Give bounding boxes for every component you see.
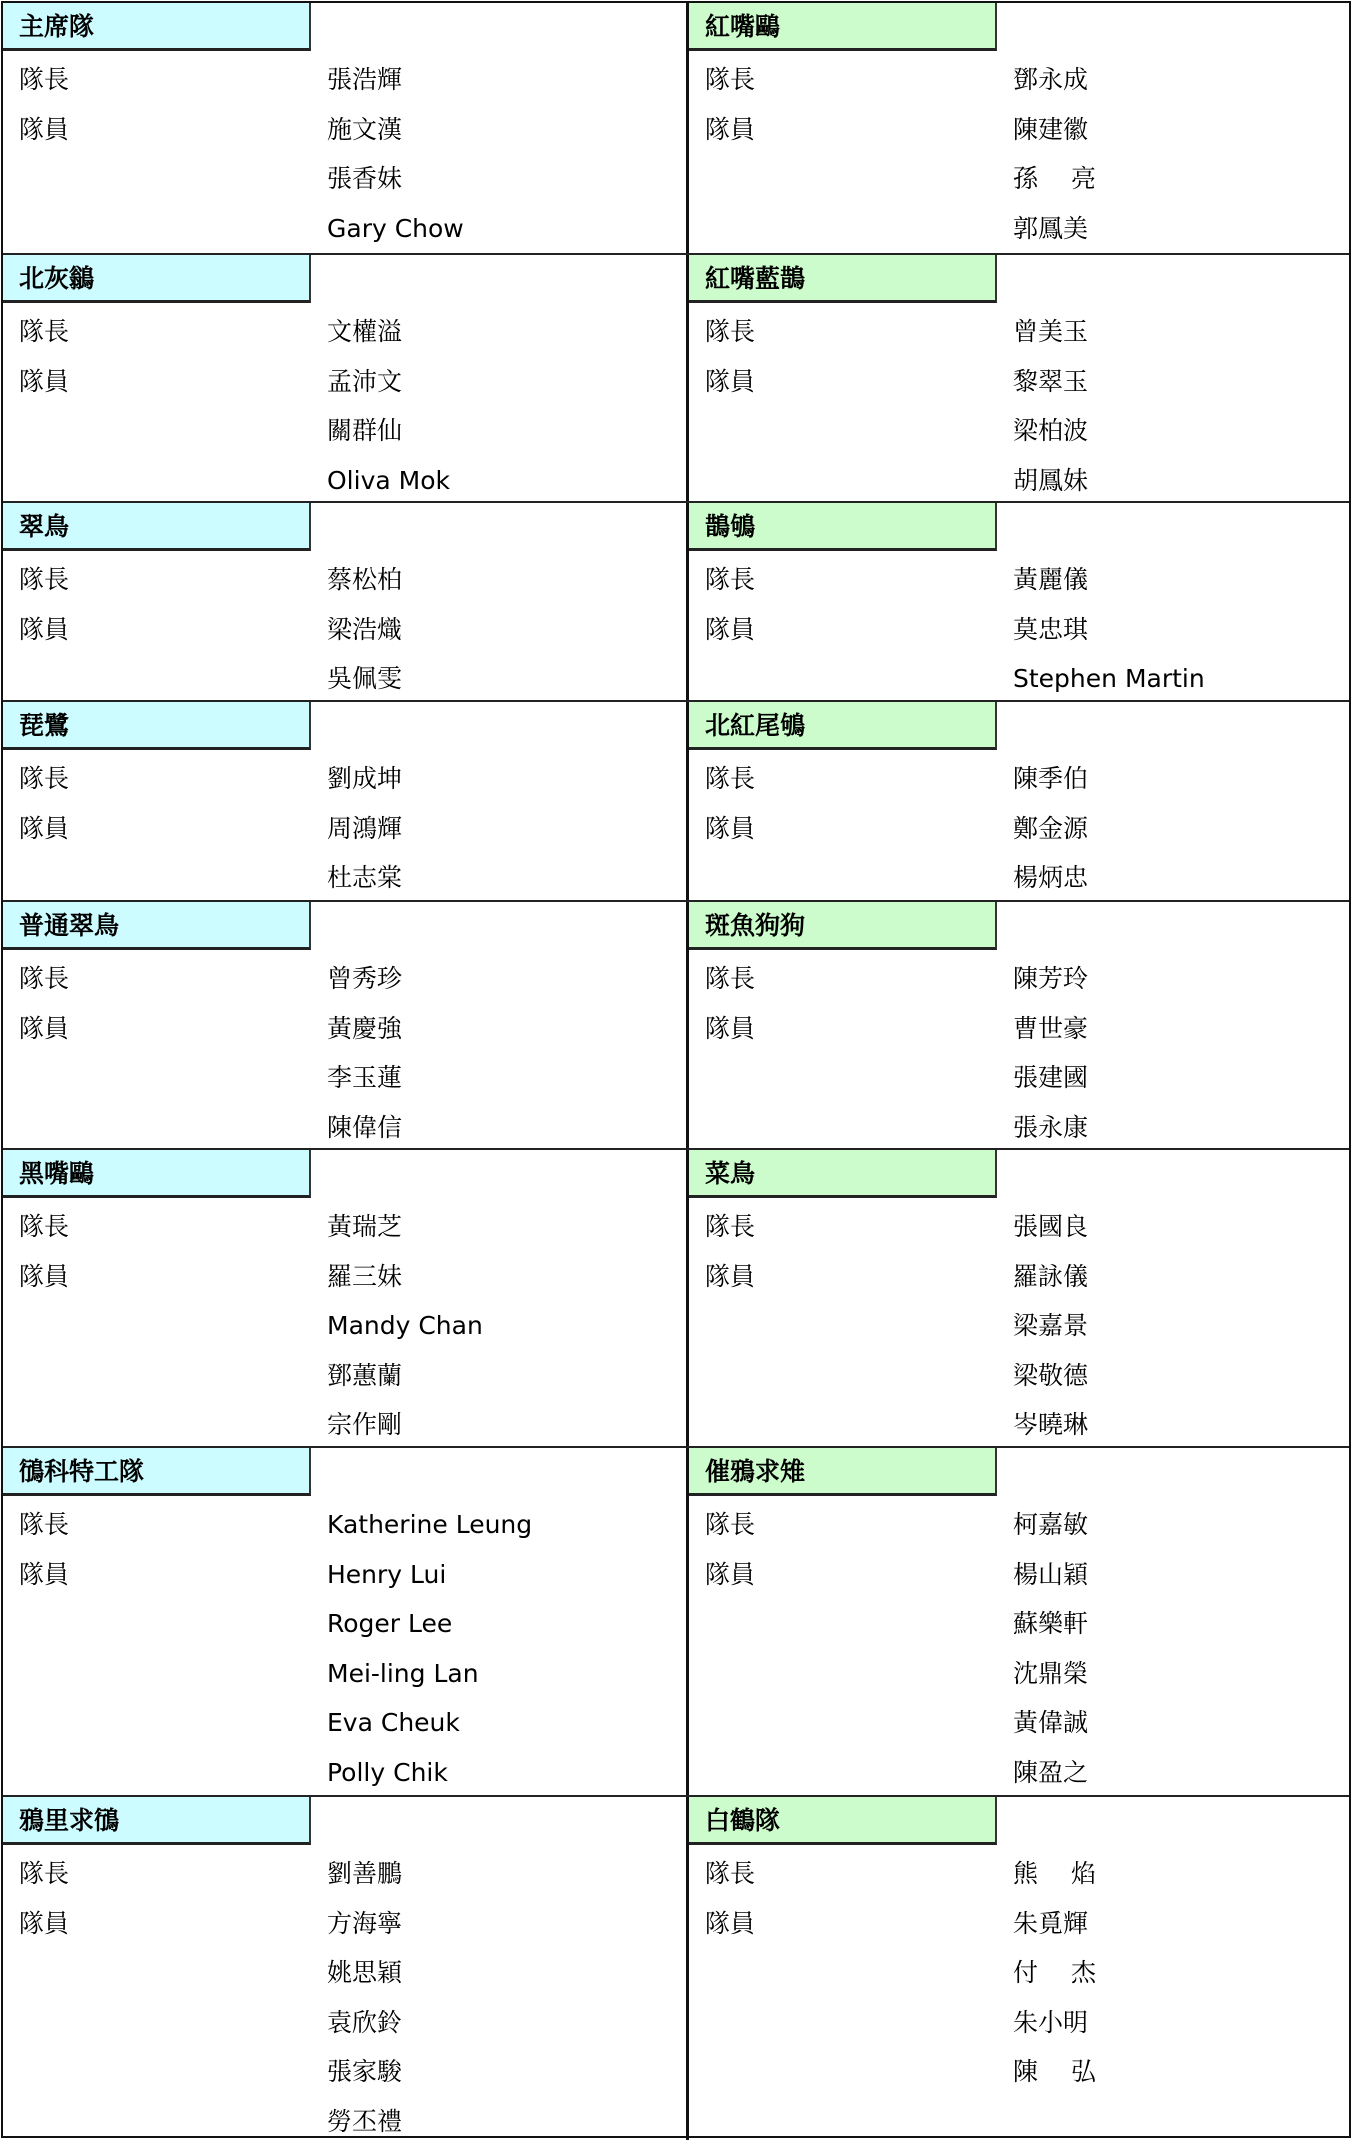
member-name: Polly Chik xyxy=(327,1748,532,1798)
team-name-header: 普通翠鳥 xyxy=(3,902,311,950)
team-name-header: 鴴科特工隊 xyxy=(3,1448,311,1496)
team-row: 琵鷺隊長隊員劉成坤周鴻輝杜志棠北紅尾鴝隊長隊員陳季伯鄭金源楊炳忠 xyxy=(3,700,1349,900)
role-label-member: 隊員 xyxy=(705,1550,755,1600)
member-name: 羅詠儀 xyxy=(1013,1252,1088,1302)
member-name: 黃麗儀 xyxy=(1013,555,1205,605)
role-label-captain: 隊長 xyxy=(19,555,69,605)
member-name: 吳佩雯 xyxy=(327,654,402,704)
role-label-member: 隊員 xyxy=(19,1899,69,1949)
member-name: 梁浩熾 xyxy=(327,605,402,655)
team-name-header: 北灰鶲 xyxy=(3,255,311,303)
team-row: 黑嘴鷗隊長隊員黃瑞芝羅三妹Mandy Chan鄧蕙蘭宗作剛菜鳥隊長隊員張國良羅詠… xyxy=(3,1148,1349,1446)
member-list: 曾美玉黎翠玉梁柏波胡鳳妹 xyxy=(1013,307,1088,505)
member-name: 宗作剛 xyxy=(327,1400,483,1450)
member-name: Stephen Martin xyxy=(1013,654,1205,704)
team-row: 鴉里求鴴隊長隊員劉善鵬方海寧姚思穎袁欣鈴張家駿勞丕禮白鶴隊隊長隊員熊 焰朱覓輝付… xyxy=(3,1795,1349,2140)
role-label-captain: 隊長 xyxy=(705,1500,755,1550)
team-block: 鴴科特工隊隊長隊員Katherine LeungHenry LuiRoger L… xyxy=(3,1448,689,1795)
role-label-member: 隊員 xyxy=(19,357,69,407)
member-name: 柯嘉敏 xyxy=(1013,1500,1088,1550)
member-list: 蔡松柏梁浩熾吳佩雯 xyxy=(327,555,402,704)
team-block: 翠鳥隊長隊員蔡松柏梁浩熾吳佩雯 xyxy=(3,503,689,700)
role-labels: 隊長隊員 xyxy=(19,1202,69,1301)
member-name: 沈鼎榮 xyxy=(1013,1649,1088,1699)
role-label-captain: 隊長 xyxy=(705,754,755,804)
member-name: 梁嘉景 xyxy=(1013,1301,1088,1351)
member-list: 文權溢孟沛文關群仙Oliva Mok xyxy=(327,307,450,505)
role-label-member: 隊員 xyxy=(19,1004,69,1054)
member-name: 付 杰 xyxy=(1013,1948,1096,1998)
role-labels: 隊長隊員 xyxy=(705,555,755,654)
member-list: 劉成坤周鴻輝杜志棠 xyxy=(327,754,402,903)
member-name: 張建國 xyxy=(1013,1053,1088,1103)
member-name: 陳 弘 xyxy=(1013,2047,1096,2097)
member-list: 張國良羅詠儀梁嘉景梁敬德岑曉琳 xyxy=(1013,1202,1088,1450)
member-name: 張香妹 xyxy=(327,154,464,204)
member-name: 梁敬德 xyxy=(1013,1351,1088,1401)
member-name: 黃偉誠 xyxy=(1013,1698,1088,1748)
team-row: 翠鳥隊長隊員蔡松柏梁浩熾吳佩雯鵲鴝隊長隊員黃麗儀莫忠琪Stephen Marti… xyxy=(3,501,1349,700)
member-name: Oliva Mok xyxy=(327,456,450,506)
role-labels: 隊長隊員 xyxy=(705,55,755,154)
role-labels: 隊長隊員 xyxy=(19,754,69,853)
team-name-header: 琵鷺 xyxy=(3,702,311,750)
team-name-header: 菜鳥 xyxy=(689,1150,997,1198)
member-name: 曹世豪 xyxy=(1013,1004,1088,1054)
member-name: 陳季伯 xyxy=(1013,754,1088,804)
member-name: 杜志棠 xyxy=(327,853,402,903)
team-block: 白鶴隊隊長隊員熊 焰朱覓輝付 杰朱小明陳 弘 xyxy=(689,1797,1349,2140)
member-name: 胡鳳妹 xyxy=(1013,456,1088,506)
team-name-header: 北紅尾鴝 xyxy=(689,702,997,750)
member-name: Roger Lee xyxy=(327,1599,532,1649)
role-labels: 隊長隊員 xyxy=(19,307,69,406)
role-label-captain: 隊長 xyxy=(705,307,755,357)
role-labels: 隊長隊員 xyxy=(19,1849,69,1948)
member-name: 姚思穎 xyxy=(327,1948,402,1998)
member-name: Gary Chow xyxy=(327,204,464,254)
role-label-member: 隊員 xyxy=(705,1252,755,1302)
member-name: 蔡松柏 xyxy=(327,555,402,605)
member-name: 袁欣鈴 xyxy=(327,1998,402,2048)
team-block: 鴉里求鴴隊長隊員劉善鵬方海寧姚思穎袁欣鈴張家駿勞丕禮 xyxy=(3,1797,689,2140)
team-block: 催鴉求雉隊長隊員柯嘉敏楊山穎蘇樂軒沈鼎榮黃偉誠陳盈之 xyxy=(689,1448,1349,1795)
role-label-member: 隊員 xyxy=(705,1004,755,1054)
member-name: 黃瑞芝 xyxy=(327,1202,483,1252)
member-name: 岑曉琳 xyxy=(1013,1400,1088,1450)
member-name: 黎翠玉 xyxy=(1013,357,1088,407)
team-row: 普通翠鳥隊長隊員曾秀珍黃慶強李玉蓮陳偉信斑魚狗狗隊長隊員陳芳玲曹世豪張建國張永康 xyxy=(3,900,1349,1148)
role-label-captain: 隊長 xyxy=(19,1202,69,1252)
member-name: 張永康 xyxy=(1013,1103,1088,1153)
member-list: 曾秀珍黃慶強李玉蓮陳偉信 xyxy=(327,954,402,1152)
role-label-member: 隊員 xyxy=(705,1899,755,1949)
member-list: 鄧永成陳建徽孫 亮郭鳳美 xyxy=(1013,55,1096,253)
member-list: 黃麗儀莫忠琪Stephen Martin xyxy=(1013,555,1205,704)
member-name: Katherine Leung xyxy=(327,1500,532,1550)
role-labels: 隊長隊員 xyxy=(705,1849,755,1948)
team-block: 菜鳥隊長隊員張國良羅詠儀梁嘉景梁敬德岑曉琳 xyxy=(689,1150,1349,1446)
role-label-member: 隊員 xyxy=(19,605,69,655)
role-label-captain: 隊長 xyxy=(19,754,69,804)
team-block: 琵鷺隊長隊員劉成坤周鴻輝杜志棠 xyxy=(3,702,689,900)
member-list: 柯嘉敏楊山穎蘇樂軒沈鼎榮黃偉誠陳盈之 xyxy=(1013,1500,1088,1797)
member-name: 曾美玉 xyxy=(1013,307,1088,357)
team-name-header: 主席隊 xyxy=(3,3,311,51)
member-name: Mandy Chan xyxy=(327,1301,483,1351)
member-name: 關群仙 xyxy=(327,406,450,456)
member-name: 黃慶強 xyxy=(327,1004,402,1054)
team-block: 主席隊隊長隊員張浩輝施文漢張香妹Gary Chow xyxy=(3,3,689,253)
team-row: 北灰鶲隊長隊員文權溢孟沛文關群仙Oliva Mok紅嘴藍鵲隊長隊員曾美玉黎翠玉梁… xyxy=(3,253,1349,501)
role-labels: 隊長隊員 xyxy=(705,954,755,1053)
member-name: 熊 焰 xyxy=(1013,1849,1096,1899)
member-name: 孫 亮 xyxy=(1013,154,1096,204)
role-label-captain: 隊長 xyxy=(705,55,755,105)
role-labels: 隊長隊員 xyxy=(19,954,69,1053)
member-name: 施文漢 xyxy=(327,105,464,155)
team-name-header: 紅嘴藍鵲 xyxy=(689,255,997,303)
member-name: 孟沛文 xyxy=(327,357,450,407)
member-name: 楊炳忠 xyxy=(1013,853,1088,903)
member-name: 劉善鵬 xyxy=(327,1849,402,1899)
member-name: 朱小明 xyxy=(1013,1998,1096,2048)
member-name: 莫忠琪 xyxy=(1013,605,1205,655)
role-label-member: 隊員 xyxy=(19,804,69,854)
member-name: Mei-ling Lan xyxy=(327,1649,532,1699)
team-name-header: 白鶴隊 xyxy=(689,1797,997,1845)
role-label-member: 隊員 xyxy=(705,105,755,155)
team-block: 鵲鴝隊長隊員黃麗儀莫忠琪Stephen Martin xyxy=(689,503,1349,700)
team-block: 北灰鶲隊長隊員文權溢孟沛文關群仙Oliva Mok xyxy=(3,255,689,501)
member-name: 陳建徽 xyxy=(1013,105,1096,155)
team-block: 紅嘴鷗隊長隊員鄧永成陳建徽孫 亮郭鳳美 xyxy=(689,3,1349,253)
role-labels: 隊長隊員 xyxy=(19,55,69,154)
member-list: Katherine LeungHenry LuiRoger LeeMei-lin… xyxy=(327,1500,532,1797)
member-name: Eva Cheuk xyxy=(327,1698,532,1748)
member-name: 勞丕禮 xyxy=(327,2097,402,2141)
member-list: 黃瑞芝羅三妹Mandy Chan鄧蕙蘭宗作剛 xyxy=(327,1202,483,1450)
team-block: 北紅尾鴝隊長隊員陳季伯鄭金源楊炳忠 xyxy=(689,702,1349,900)
team-name-header: 翠鳥 xyxy=(3,503,311,551)
role-labels: 隊長隊員 xyxy=(705,1202,755,1301)
member-name: 方海寧 xyxy=(327,1899,402,1949)
member-name: 文權溢 xyxy=(327,307,450,357)
role-labels: 隊長隊員 xyxy=(705,307,755,406)
team-block: 紅嘴藍鵲隊長隊員曾美玉黎翠玉梁柏波胡鳳妹 xyxy=(689,255,1349,501)
role-label-member: 隊員 xyxy=(19,1252,69,1302)
member-name: 陳盈之 xyxy=(1013,1748,1088,1798)
member-list: 張浩輝施文漢張香妹Gary Chow xyxy=(327,55,464,253)
member-name: 鄭金源 xyxy=(1013,804,1088,854)
role-label-captain: 隊長 xyxy=(705,1202,755,1252)
member-name: 曾秀珍 xyxy=(327,954,402,1004)
team-name-header: 斑魚狗狗 xyxy=(689,902,997,950)
team-name-header: 紅嘴鷗 xyxy=(689,3,997,51)
team-row: 鴴科特工隊隊長隊員Katherine LeungHenry LuiRoger L… xyxy=(3,1446,1349,1795)
role-label-captain: 隊長 xyxy=(19,1849,69,1899)
team-block: 普通翠鳥隊長隊員曾秀珍黃慶強李玉蓮陳偉信 xyxy=(3,902,689,1148)
role-label-captain: 隊長 xyxy=(705,555,755,605)
team-name-header: 催鴉求雉 xyxy=(689,1448,997,1496)
member-name: 楊山穎 xyxy=(1013,1550,1088,1600)
member-list: 熊 焰朱覓輝付 杰朱小明陳 弘 xyxy=(1013,1849,1096,2097)
member-name: 鄧蕙蘭 xyxy=(327,1351,483,1401)
member-name: 張國良 xyxy=(1013,1202,1088,1252)
member-name: 陳芳玲 xyxy=(1013,954,1088,1004)
role-label-captain: 隊長 xyxy=(19,954,69,1004)
member-name: 張家駿 xyxy=(327,2047,402,2097)
member-name: 陳偉信 xyxy=(327,1103,402,1153)
member-name: 梁柏波 xyxy=(1013,406,1088,456)
role-label-member: 隊員 xyxy=(705,605,755,655)
member-name: 周鴻輝 xyxy=(327,804,402,854)
team-name-header: 鵲鴝 xyxy=(689,503,997,551)
team-roster-table: 主席隊隊長隊員張浩輝施文漢張香妹Gary Chow紅嘴鷗隊長隊員鄧永成陳建徽孫 … xyxy=(1,1,1351,2138)
team-block: 斑魚狗狗隊長隊員陳芳玲曹世豪張建國張永康 xyxy=(689,902,1349,1148)
member-name: 張浩輝 xyxy=(327,55,464,105)
team-row: 主席隊隊長隊員張浩輝施文漢張香妹Gary Chow紅嘴鷗隊長隊員鄧永成陳建徽孫 … xyxy=(3,3,1349,253)
role-label-member: 隊員 xyxy=(705,357,755,407)
role-label-captain: 隊長 xyxy=(19,1500,69,1550)
member-name: 羅三妹 xyxy=(327,1252,483,1302)
team-name-header: 黑嘴鷗 xyxy=(3,1150,311,1198)
member-name: 蘇樂軒 xyxy=(1013,1599,1088,1649)
member-list: 劉善鵬方海寧姚思穎袁欣鈴張家駿勞丕禮 xyxy=(327,1849,402,2141)
role-label-member: 隊員 xyxy=(19,105,69,155)
role-label-member: 隊員 xyxy=(19,1550,69,1600)
member-name: 鄧永成 xyxy=(1013,55,1096,105)
role-label-captain: 隊長 xyxy=(19,55,69,105)
member-list: 陳季伯鄭金源楊炳忠 xyxy=(1013,754,1088,903)
member-name: 朱覓輝 xyxy=(1013,1899,1096,1949)
team-block: 黑嘴鷗隊長隊員黃瑞芝羅三妹Mandy Chan鄧蕙蘭宗作剛 xyxy=(3,1150,689,1446)
team-name-header: 鴉里求鴴 xyxy=(3,1797,311,1845)
role-label-captain: 隊長 xyxy=(705,1849,755,1899)
role-label-member: 隊員 xyxy=(705,804,755,854)
role-label-captain: 隊長 xyxy=(19,307,69,357)
member-name: 李玉蓮 xyxy=(327,1053,402,1103)
member-name: 劉成坤 xyxy=(327,754,402,804)
member-name: Henry Lui xyxy=(327,1550,532,1600)
member-name: 郭鳳美 xyxy=(1013,204,1096,254)
role-labels: 隊長隊員 xyxy=(705,754,755,853)
role-labels: 隊長隊員 xyxy=(705,1500,755,1599)
role-labels: 隊長隊員 xyxy=(19,1500,69,1599)
role-labels: 隊長隊員 xyxy=(19,555,69,654)
role-label-captain: 隊長 xyxy=(705,954,755,1004)
member-list: 陳芳玲曹世豪張建國張永康 xyxy=(1013,954,1088,1152)
